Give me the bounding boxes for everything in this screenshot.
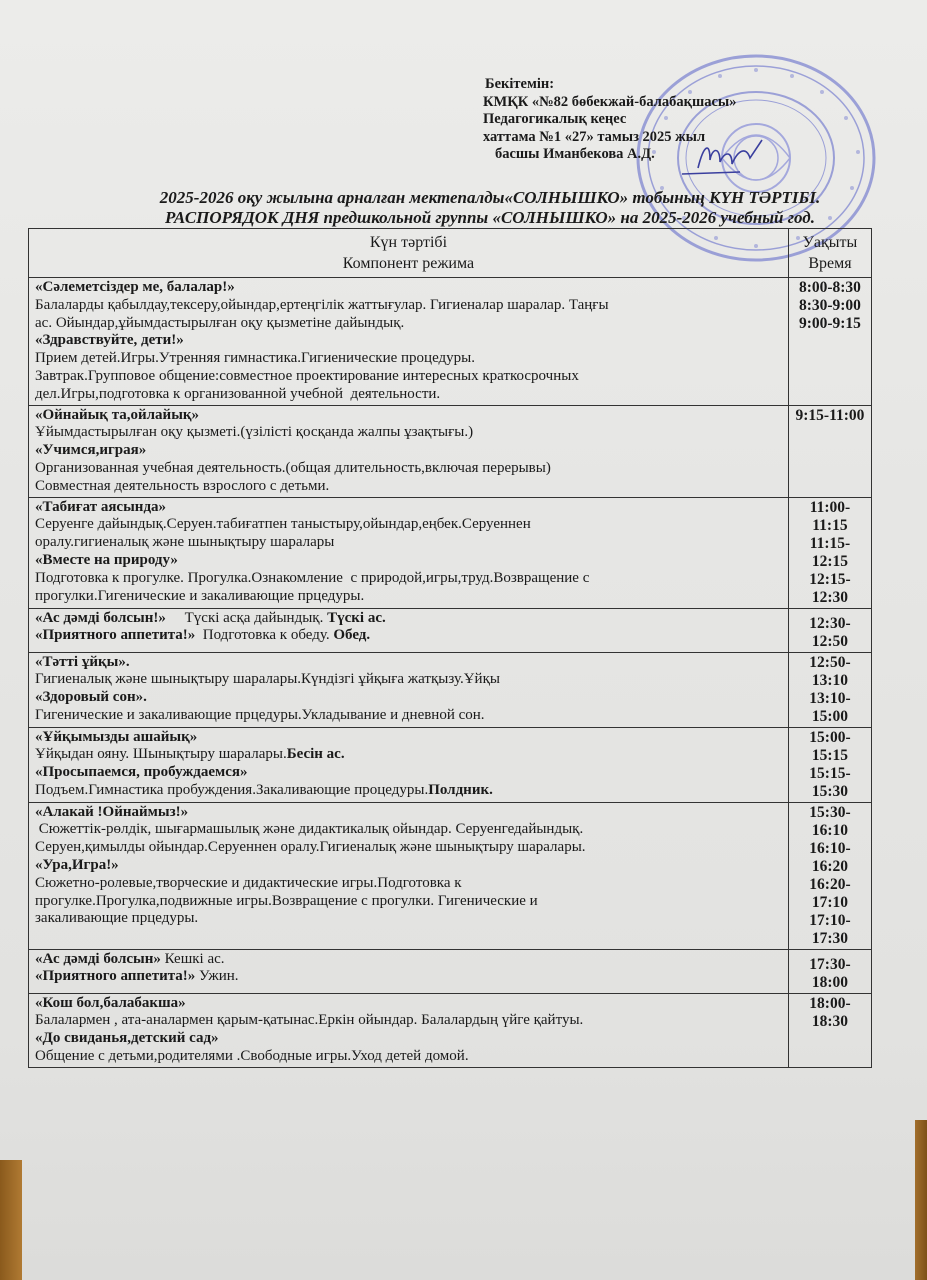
column-header-ru: Компонент режима bbox=[31, 253, 786, 274]
body-text: Прием детей.Игры.Утренняя гимнастика.Гиг… bbox=[35, 350, 475, 366]
activity-line: «Приятного аппетита!» Ужин. bbox=[35, 968, 782, 986]
body-text: Подготовка к обеду. bbox=[195, 627, 333, 643]
heading-text: «Здравствуйте, дети!» bbox=[35, 332, 184, 348]
meal-text: Түскі ас. bbox=[327, 610, 386, 626]
activity-line: прогулки.Гигенические и закаливающие прц… bbox=[35, 588, 782, 606]
time-cell: 8:00-8:308:30-9:009:00-9:15 bbox=[788, 278, 871, 406]
title-kazakh: 2025-2026 оқу жылына арналған мектепалды… bbox=[100, 188, 880, 208]
body-text: прогулке.Прогулка,подвижные игры.Возвращ… bbox=[35, 893, 538, 909]
activity-line: Балаларды қабылдау,тексеру,ойындар,ертең… bbox=[35, 297, 782, 315]
activity-heading: «Алакай !Ойнаймыз!» bbox=[35, 804, 782, 822]
time-range: 12:15-12:30 bbox=[795, 571, 865, 607]
activity-line: закаливающие прцедуры. bbox=[35, 910, 782, 928]
heading-text: «Сәлеметсіздер ме, балалар!» bbox=[35, 279, 235, 295]
activity-line: Ұйқыдан ояну. Шынықтыру шаралары.Бесін а… bbox=[35, 746, 782, 764]
body-text: Ұйқыдан ояну. Шынықтыру шаралары. bbox=[35, 746, 287, 762]
body-text: Совместная деятельность взрослого с деть… bbox=[35, 478, 329, 494]
schedule-body: «Сәлеметсіздер ме, балалар!»Балаларды қа… bbox=[29, 278, 872, 1068]
activity-line: Прием детей.Игры.Утренняя гимнастика.Гиг… bbox=[35, 350, 782, 368]
activity-line: Гигиеналық және шынықтыру шаралары.Күнді… bbox=[35, 671, 782, 689]
time-range: 18:00-18:30 bbox=[795, 995, 865, 1031]
heading-text: «Ұйқымызды ашайық» bbox=[35, 729, 197, 745]
meal-text: Обед. bbox=[333, 627, 370, 643]
body-text: ас. Ойындар,ұйымдастырылған оқу қызметін… bbox=[35, 315, 404, 331]
activity-heading: «Ура,Игра!» bbox=[35, 857, 782, 875]
activity-cell: «Алакай !Ойнаймыз!» Сюжеттік-рөлдік, шығ… bbox=[29, 802, 789, 949]
table-row: «Ұйқымызды ашайық»Ұйқыдан ояну. Шынықтыр… bbox=[29, 727, 872, 802]
activity-cell: «Кош бол,балабакша»Балалармен , ата-анал… bbox=[29, 993, 789, 1067]
table-row: «Алакай !Ойнаймыз!» Сюжеттік-рөлдік, шығ… bbox=[29, 802, 872, 949]
activity-line: Завтрак.Групповое общение:совместное про… bbox=[35, 368, 782, 386]
time-range: 17:30-18:00 bbox=[795, 956, 865, 992]
body-text: закаливающие прцедуры. bbox=[35, 910, 198, 926]
activity-heading: «Здравствуйте, дети!» bbox=[35, 332, 782, 350]
heading-text: «Кош бол,балабакша» bbox=[35, 995, 186, 1011]
meal-text: Полдник. bbox=[428, 782, 493, 798]
column-header-kz: Уақыты bbox=[791, 232, 869, 253]
time-cell: 17:30-18:00 bbox=[788, 949, 871, 993]
activity-line: Ұйымдастырылған оқу қызметі.(үзілісті қо… bbox=[35, 424, 782, 442]
time-cell: 9:15-11:00 bbox=[788, 405, 871, 497]
heading-text: «Вместе на природу» bbox=[35, 552, 178, 568]
body-text: Ужин. bbox=[195, 968, 238, 984]
heading-text: «Табиғат аясында» bbox=[35, 499, 166, 515]
time-range: 13:10-15:00 bbox=[795, 690, 865, 726]
activity-line: Сюжетно-ролевые,творческие и дидактическ… bbox=[35, 875, 782, 893]
body-text: прогулки.Гигенические и закаливающие прц… bbox=[35, 588, 364, 604]
time-cell: 18:00-18:30 bbox=[788, 993, 871, 1067]
time-range: 8:00-8:30 bbox=[795, 279, 865, 297]
signature-mark-icon bbox=[680, 138, 770, 178]
body-text: Ұйымдастырылған оқу қызметі.(үзілісті қо… bbox=[35, 424, 473, 440]
time-cell: 12:50-13:1013:10-15:00 bbox=[788, 652, 871, 727]
heading-text: «Ас дәмді болсын!» bbox=[35, 610, 166, 626]
body-text: Сюжеттік-рөлдік, шығармашылық және дидак… bbox=[35, 821, 583, 837]
activity-heading: «Сәлеметсіздер ме, балалар!» bbox=[35, 279, 782, 297]
body-text: Гигиеналық және шынықтыру шаралары.Күнді… bbox=[35, 671, 500, 687]
body-text: Серуен,қимылды ойындар.Серуеннен оралу.Г… bbox=[35, 839, 586, 855]
table-surface-edge bbox=[0, 1160, 22, 1280]
activity-line: дел.Игры,подготовка к организованной уче… bbox=[35, 386, 782, 404]
body-text: Гигенические и закаливающие прцедуры.Укл… bbox=[35, 707, 485, 723]
heading-text: «Учимся,играя» bbox=[35, 442, 146, 458]
table-row: «Сәлеметсіздер ме, балалар!»Балаларды қа… bbox=[29, 278, 872, 406]
body-text: Подъем.Гимнастика пробуждения.Закаливающ… bbox=[35, 782, 428, 798]
activity-heading: «Учимся,играя» bbox=[35, 442, 782, 460]
activity-line: Совместная деятельность взрослого с деть… bbox=[35, 478, 782, 496]
body-text: Общение с детьми,родителями .Свободные и… bbox=[35, 1048, 469, 1064]
activity-heading: «Ұйқымызды ашайық» bbox=[35, 729, 782, 747]
body-text: дел.Игры,подготовка к организованной уче… bbox=[35, 386, 440, 402]
time-range: 16:20-17:10 bbox=[795, 876, 865, 912]
table-row: «Кош бол,балабакша»Балалармен , ата-анал… bbox=[29, 993, 872, 1067]
body-text: Түскі асқа дайындық. bbox=[166, 610, 327, 626]
activity-line: Серуенге дайындық.Серуен.табиғатпен таны… bbox=[35, 516, 782, 534]
body-text: Подготовка к прогулке. Прогулка.Ознакомл… bbox=[35, 570, 589, 586]
heading-text: «Приятного аппетита!» bbox=[35, 627, 195, 643]
approval-line: Бекітемін: bbox=[483, 76, 736, 94]
body-text: Балалармен , ата-аналармен қарым-қатынас… bbox=[35, 1012, 583, 1028]
column-header-time: Уақыты Время bbox=[788, 229, 871, 278]
table-header-row: Күн тәртібі Компонент режима Уақыты Врем… bbox=[29, 229, 872, 278]
body-text: Балаларды қабылдау,тексеру,ойындар,ертең… bbox=[35, 297, 609, 313]
activity-line: Подготовка к прогулке. Прогулка.Ознакомл… bbox=[35, 570, 782, 588]
heading-text: «Просыпаемся, пробуждаемся» bbox=[35, 764, 248, 780]
activity-heading: «Тәтті ұйқы». bbox=[35, 654, 782, 672]
column-header-kz: Күн тәртібі bbox=[31, 232, 786, 253]
activity-line: Сюжеттік-рөлдік, шығармашылық және дидак… bbox=[35, 821, 782, 839]
title-russian: РАСПОРЯДОК ДНЯ предшкольной группы «СОЛН… bbox=[100, 208, 880, 228]
activity-line: Балалармен , ата-аналармен қарым-қатынас… bbox=[35, 1012, 782, 1030]
activity-line: Серуен,қимылды ойындар.Серуеннен оралу.Г… bbox=[35, 839, 782, 857]
activity-cell: «Тәтті ұйқы».Гигиеналық және шынықтыру ш… bbox=[29, 652, 789, 727]
heading-text: «Ас дәмді болсын» bbox=[35, 951, 161, 967]
meal-text: Бесін ас. bbox=[287, 746, 345, 762]
approval-line: Педагогикалық кеңес bbox=[483, 111, 736, 129]
activity-line: Подъем.Гимнастика пробуждения.Закаливающ… bbox=[35, 782, 782, 800]
time-range: 15:00-15:15 bbox=[795, 729, 865, 765]
time-range: 17:10-17:30 bbox=[795, 912, 865, 948]
column-header-ru: Время bbox=[791, 253, 869, 274]
time-range: 11:00-11:15 bbox=[795, 499, 865, 535]
activity-heading: «Здоровый сон». bbox=[35, 689, 782, 707]
heading-text: «Алакай !Ойнаймыз!» bbox=[35, 804, 188, 820]
time-range: 9:00-9:15 bbox=[795, 315, 865, 333]
time-cell: 15:00-15:1515:15-15:30 bbox=[788, 727, 871, 802]
schedule-table: Күн тәртібі Компонент режима Уақыты Врем… bbox=[28, 228, 872, 1068]
heading-text: «Тәтті ұйқы». bbox=[35, 654, 130, 670]
activity-line: Гигенические и закаливающие прцедуры.Укл… bbox=[35, 707, 782, 725]
heading-text: «Приятного аппетита!» bbox=[35, 968, 195, 984]
activity-heading: «Вместе на природу» bbox=[35, 552, 782, 570]
table-row: «Ас дәмді болсын!» Түскі асқа дайындық. … bbox=[29, 608, 872, 652]
time-range: 8:30-9:00 bbox=[795, 297, 865, 315]
body-text: Завтрак.Групповое общение:совместное про… bbox=[35, 368, 579, 384]
body-text: оралу.гигиеналық және шынықтыру шаралары bbox=[35, 534, 334, 550]
table-surface-edge bbox=[915, 1120, 927, 1280]
body-text: Организованная учебная деятельность.(общ… bbox=[35, 460, 551, 476]
activity-line: оралу.гигиеналық және шынықтыру шаралары bbox=[35, 534, 782, 552]
approval-line: КМҚК «№82 бөбекжай-балабақшасы» bbox=[483, 94, 736, 112]
time-range: 15:30-16:10 bbox=[795, 804, 865, 840]
time-range: 11:15-12:15 bbox=[795, 535, 865, 571]
activity-heading: «До свиданья,детский сад» bbox=[35, 1030, 782, 1048]
activity-heading: «Кош бол,балабакша» bbox=[35, 995, 782, 1013]
activity-line: Общение с детьми,родителями .Свободные и… bbox=[35, 1048, 782, 1066]
body-text: Сюжетно-ролевые,творческие и дидактическ… bbox=[35, 875, 462, 891]
activity-line: прогулке.Прогулка,подвижные игры.Возвращ… bbox=[35, 893, 782, 911]
activity-line: «Ас дәмді болсын!» Түскі асқа дайындық. … bbox=[35, 610, 782, 628]
body-text: Кешкі ас. bbox=[161, 951, 225, 967]
activity-line: ас. Ойындар,ұйымдастырылған оқу қызметін… bbox=[35, 315, 782, 333]
heading-text: «Здоровый сон». bbox=[35, 689, 147, 705]
activity-cell: «Ас дәмді болсын!» Түскі асқа дайындық. … bbox=[29, 608, 789, 652]
activity-line: «Ас дәмді болсын» Кешкі ас. bbox=[35, 951, 782, 969]
column-header-component: Күн тәртібі Компонент режима bbox=[29, 229, 789, 278]
activity-heading: «Ойнайық та,ойлайық» bbox=[35, 407, 782, 425]
activity-cell: «Ас дәмді болсын» Кешкі ас.«Приятного ап… bbox=[29, 949, 789, 993]
time-cell: 12:30-12:50 bbox=[788, 608, 871, 652]
table-row: «Ойнайық та,ойлайық»Ұйымдастырылған оқу … bbox=[29, 405, 872, 497]
table-row: «Ас дәмді болсын» Кешкі ас.«Приятного ап… bbox=[29, 949, 872, 993]
time-range: 9:15-11:00 bbox=[795, 407, 865, 425]
activity-line: «Приятного аппетита!» Подготовка к обеду… bbox=[35, 627, 782, 645]
document-titles: 2025-2026 оқу жылына арналған мектепалды… bbox=[100, 188, 880, 228]
activity-cell: «Ойнайық та,ойлайық»Ұйымдастырылған оқу … bbox=[29, 405, 789, 497]
time-range: 12:50-13:10 bbox=[795, 654, 865, 690]
heading-text: «До свиданья,детский сад» bbox=[35, 1030, 219, 1046]
time-range: 16:10-16:20 bbox=[795, 840, 865, 876]
table-row: «Тәтті ұйқы».Гигиеналық және шынықтыру ш… bbox=[29, 652, 872, 727]
activity-cell: «Табиғат аясында»Серуенге дайындық.Серуе… bbox=[29, 497, 789, 608]
heading-text: «Ура,Игра!» bbox=[35, 857, 119, 873]
time-range: 12:30-12:50 bbox=[795, 615, 865, 651]
time-cell: 15:30-16:1016:10-16:2016:20-17:1017:10-1… bbox=[788, 802, 871, 949]
activity-cell: «Сәлеметсіздер ме, балалар!»Балаларды қа… bbox=[29, 278, 789, 406]
activity-heading: «Табиғат аясында» bbox=[35, 499, 782, 517]
body-text: Серуенге дайындық.Серуен.табиғатпен таны… bbox=[35, 516, 531, 532]
time-cell: 11:00-11:1511:15-12:1512:15-12:30 bbox=[788, 497, 871, 608]
table-row: «Табиғат аясында»Серуенге дайындық.Серуе… bbox=[29, 497, 872, 608]
time-range: 15:15-15:30 bbox=[795, 765, 865, 801]
activity-cell: «Ұйқымызды ашайық»Ұйқыдан ояну. Шынықтыр… bbox=[29, 727, 789, 802]
activity-heading: «Просыпаемся, пробуждаемся» bbox=[35, 764, 782, 782]
heading-text: «Ойнайық та,ойлайық» bbox=[35, 407, 199, 423]
activity-line: Организованная учебная деятельность.(общ… bbox=[35, 460, 782, 478]
